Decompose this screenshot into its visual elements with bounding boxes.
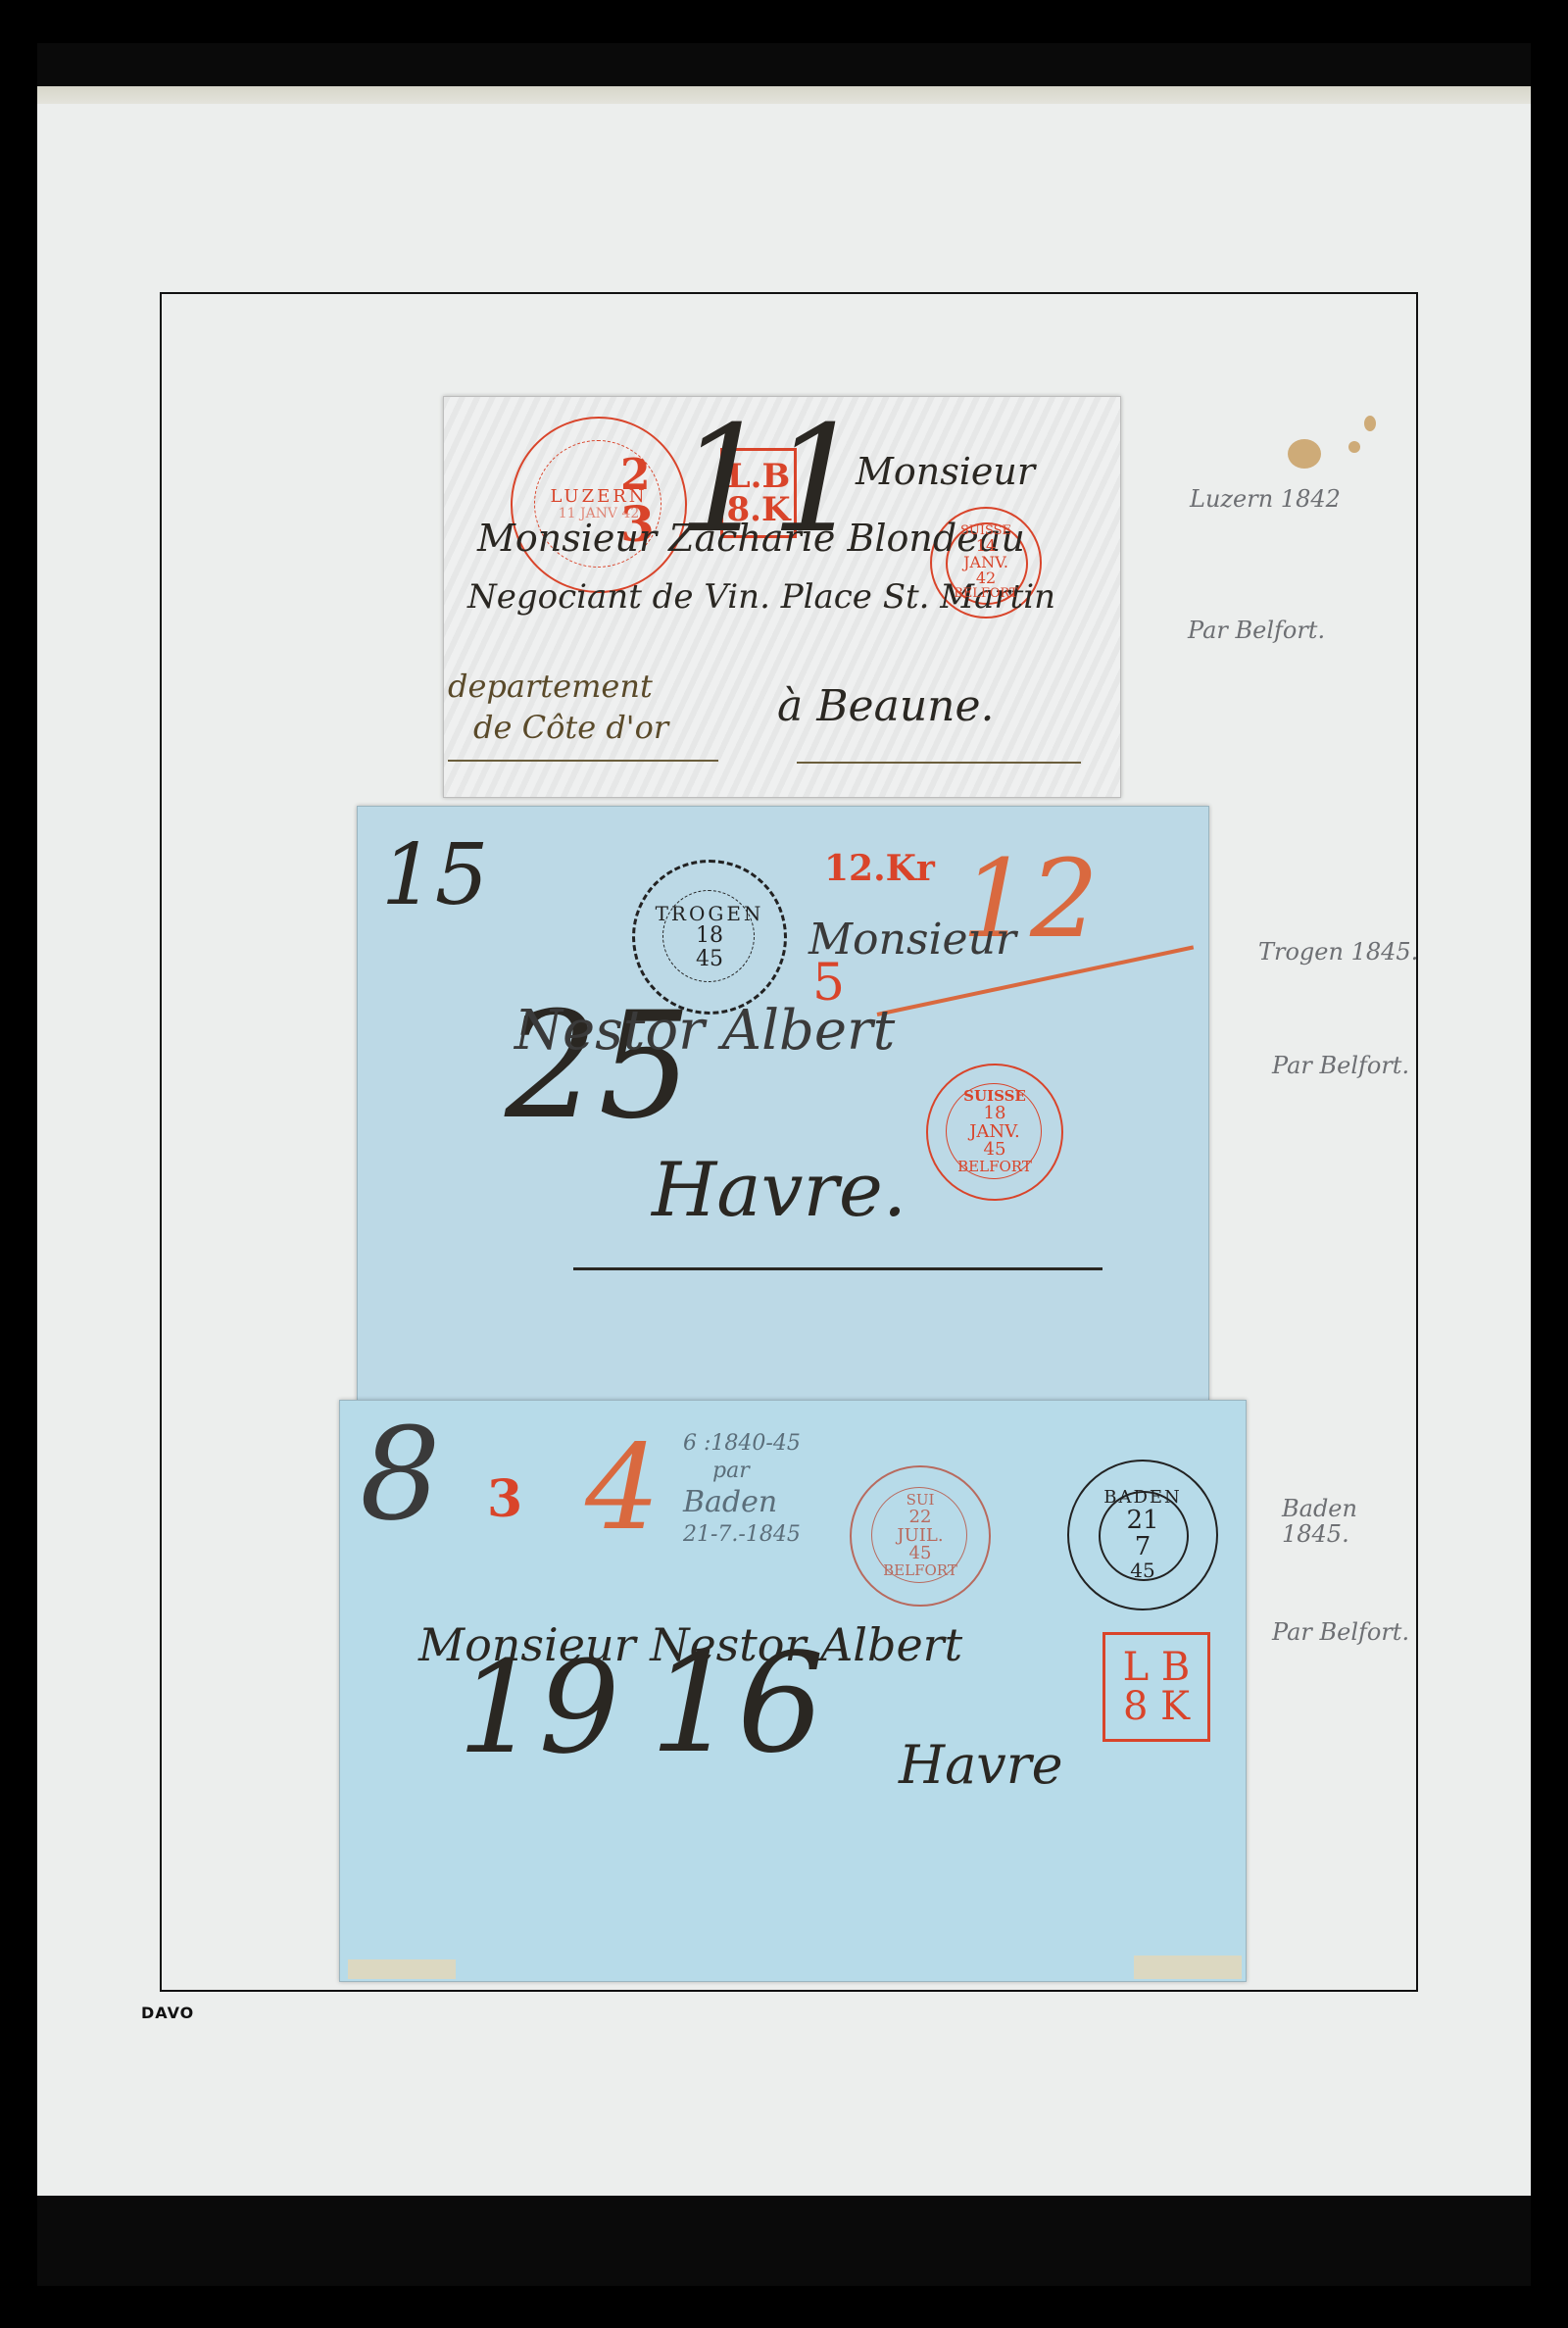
box-stamp-lb-8k: L B 8 K <box>1102 1632 1210 1742</box>
album-note-cover2-route: Par Belfort. <box>1272 1053 1409 1078</box>
album-note-cover1-route: Par Belfort. <box>1188 618 1325 643</box>
album-note-cover3-origin: Baden 1845. <box>1282 1496 1350 1548</box>
postmark-baden: BADEN 21 7 45 <box>1067 1460 1218 1610</box>
underline <box>797 762 1081 764</box>
rate-mark-16: 16 <box>650 1636 824 1773</box>
rate-mark-8: 8 <box>360 1411 441 1538</box>
address-city: Havre <box>899 1734 1063 1796</box>
album-note-cover1-origin: Luzern 1842 <box>1190 486 1341 512</box>
rate-mark-15: 15 <box>381 826 488 924</box>
cover-trogen-1845[interactable]: TROGEN 18 45 12.Kr 5 12 15 25 Monsieur N… <box>357 806 1209 1402</box>
address-city: à Beaune. <box>777 681 995 731</box>
postmark-suisse-belfort: SUISSE 18 JANV. 45 BELFORT <box>926 1064 1063 1201</box>
postmark-luzern: LUZERN 11 JANV 42 <box>511 417 687 593</box>
scanner-background-top <box>37 43 1531 88</box>
postmark-suisse-belfort: SUI 22 JUIL. 45 BELFORT <box>850 1465 991 1607</box>
foxing-stain <box>1288 439 1321 469</box>
address-name: Nestor Albert <box>514 999 895 1063</box>
underline <box>448 760 718 762</box>
rate-stamp-12kr: 12.Kr <box>824 848 935 889</box>
foxing-stain <box>1348 441 1360 453</box>
rate-mark-19: 19 <box>458 1644 619 1771</box>
underline <box>573 1267 1102 1270</box>
page-top-edge <box>37 86 1531 104</box>
album-note-cover2-origin: Trogen 1845. <box>1258 939 1418 965</box>
address-department: departement <box>448 668 653 705</box>
scanner-background-bottom <box>37 2196 1531 2286</box>
rate-mark-3: 3 <box>487 1469 522 1529</box>
foxing-stain <box>1364 416 1376 431</box>
address-name: Monsieur Zacharie Blondeau <box>477 517 1025 560</box>
address-salutation: Monsieur <box>856 450 1035 493</box>
address-salutation: Monsieur <box>808 915 1016 965</box>
cover-luzern-1842[interactable]: LUZERN 11 JANV 42 2 3 L.B 8.K 11 SUISSE … <box>443 396 1121 798</box>
address-region: de Côte d'or <box>473 709 668 746</box>
pencil-note: 6 :1840-45 par Baden 21-7.-1845 <box>683 1430 801 1548</box>
mount-hinge <box>348 1959 456 1979</box>
address-city: Havre. <box>652 1146 906 1233</box>
mount-hinge <box>1134 1956 1242 1979</box>
album-brand: DAVO <box>141 2004 194 2022</box>
rate-mark-4: 4 <box>585 1430 660 1548</box>
cover-baden-1845[interactable]: 8 3 4 6 :1840-45 par Baden 21-7.-1845 SU… <box>339 1400 1247 1982</box>
album-note-cover3-route: Par Belfort. <box>1272 1619 1409 1645</box>
